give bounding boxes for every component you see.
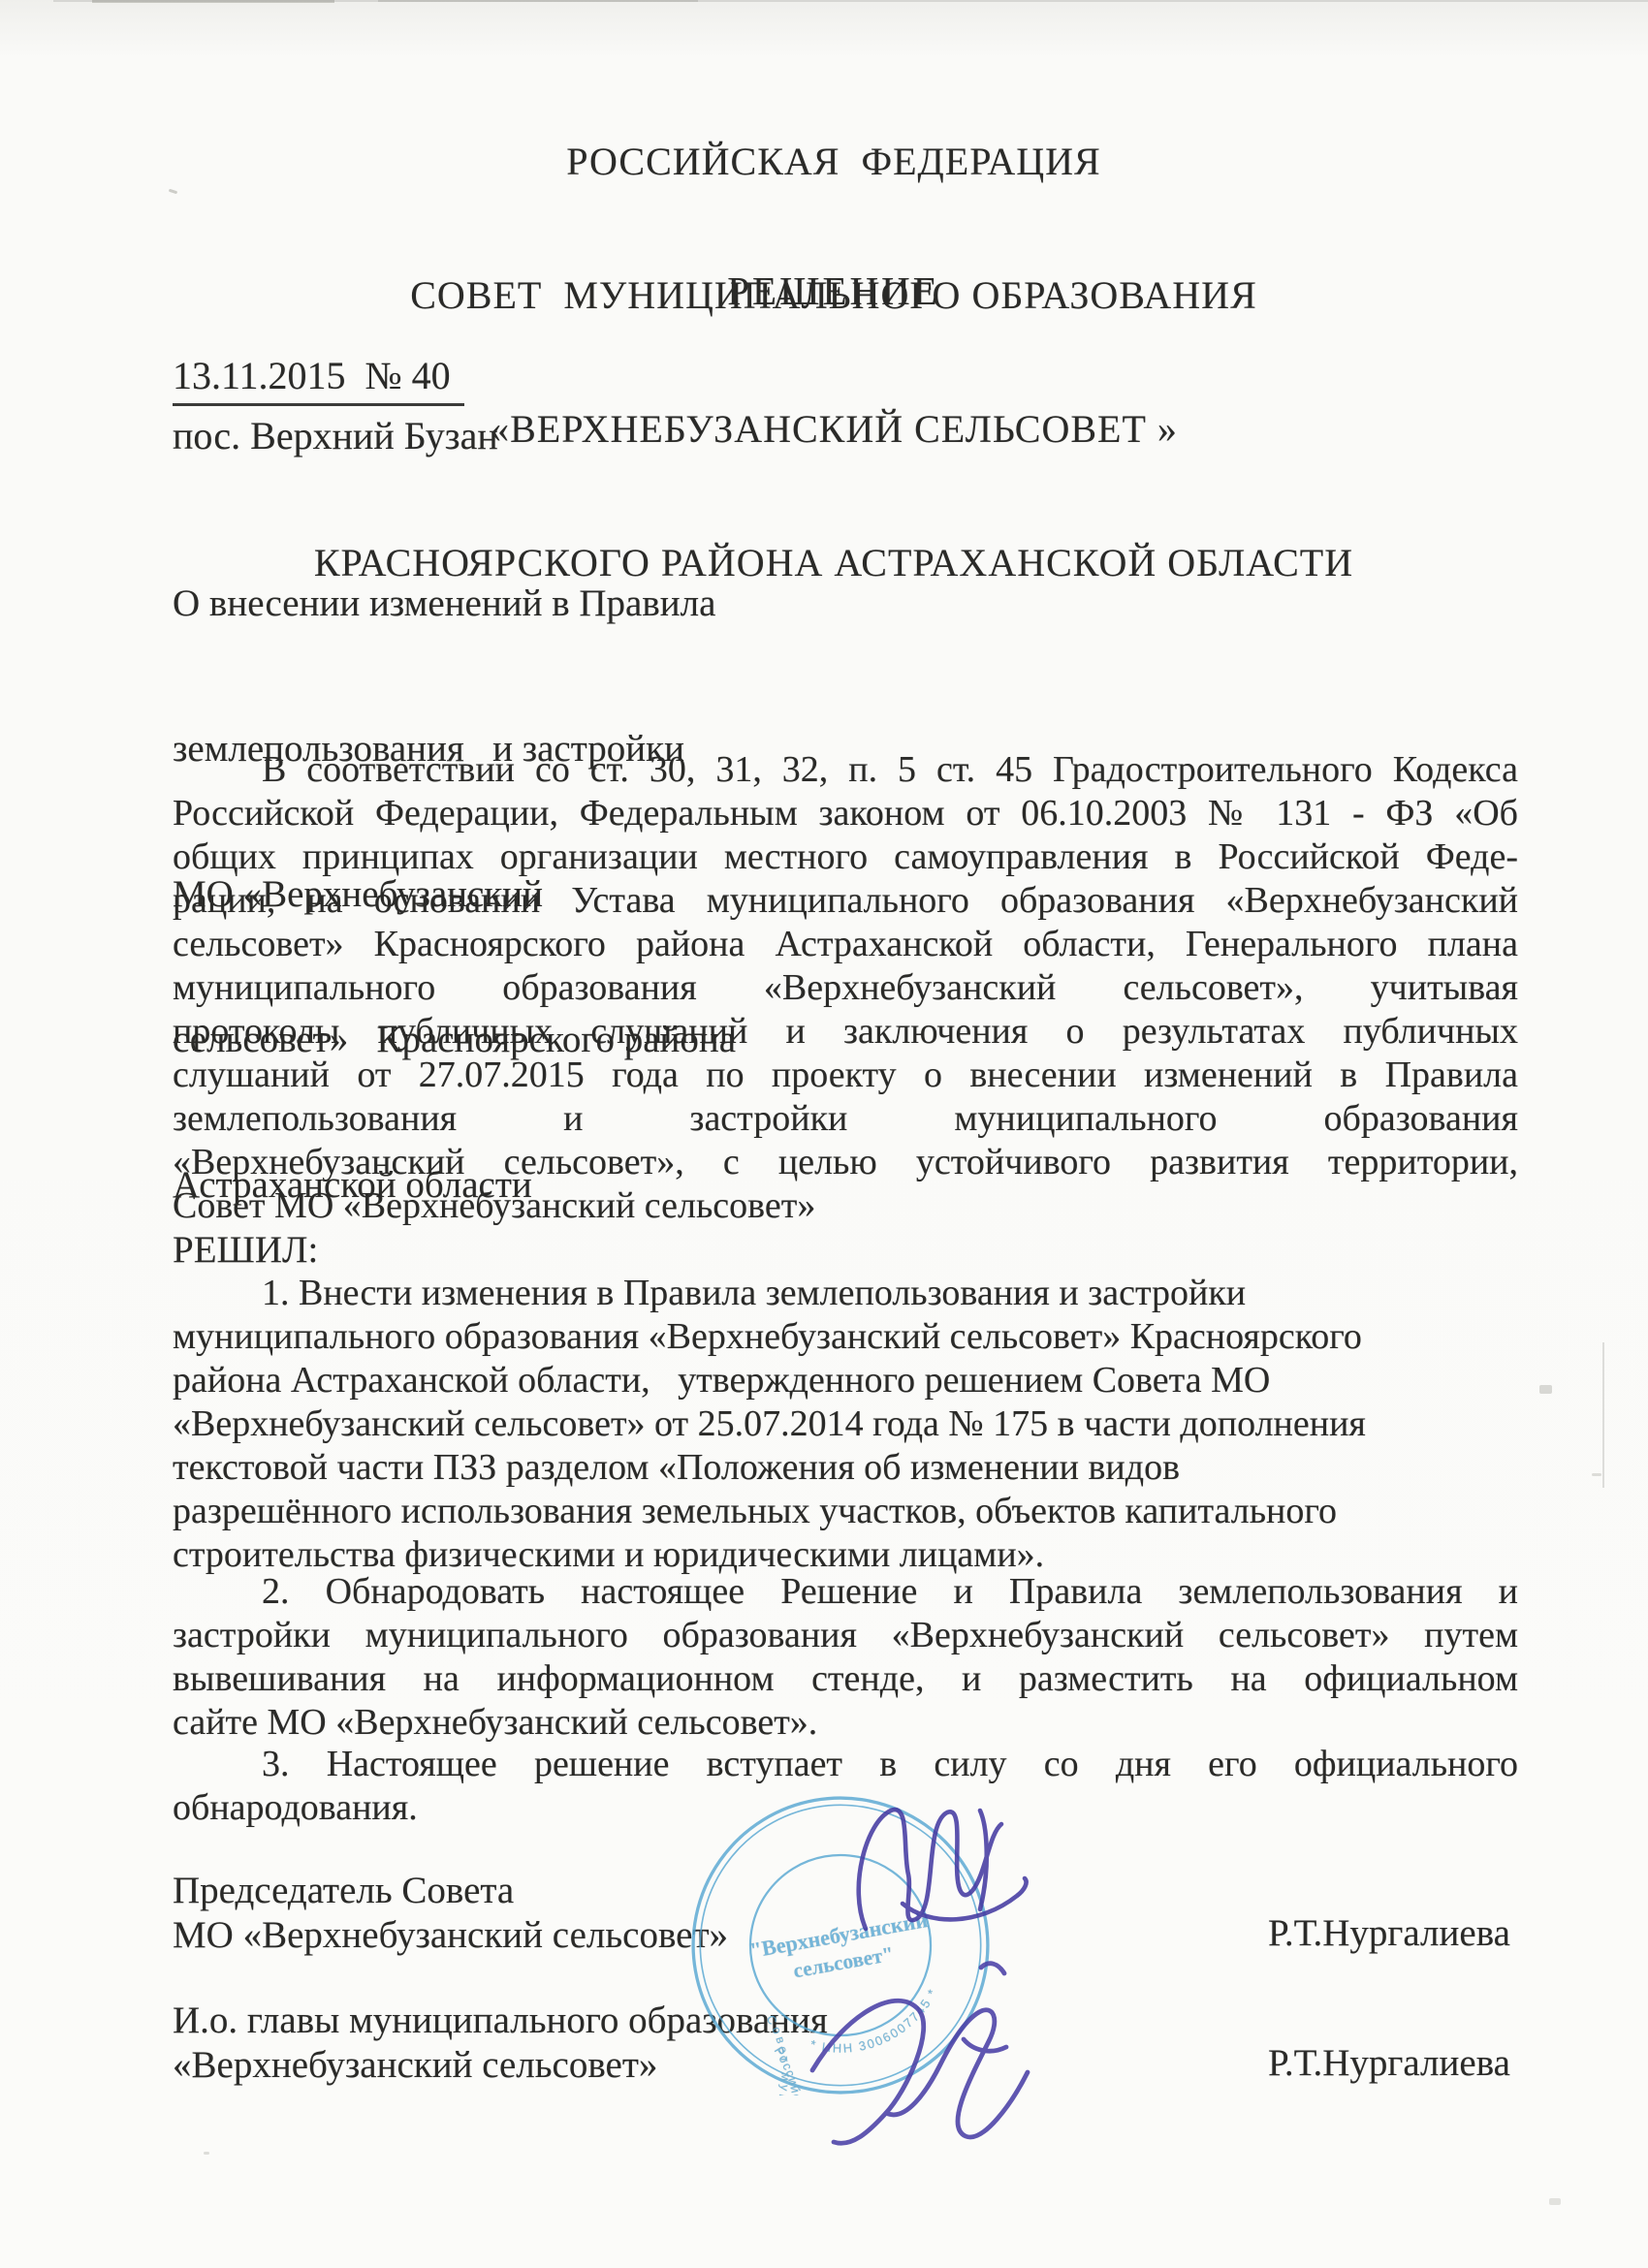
paragraph-line: муниципального образования «Верхнебузанс… (173, 966, 1518, 1010)
subject-line: О внесении изменений в Правила (173, 580, 736, 628)
paragraph-line: рации, на основании Устава муниципальног… (173, 879, 1518, 923)
paragraph-line: муниципального образования «Верхнебузанс… (173, 1315, 1518, 1359)
paragraph-line: общих принципах организации местного сам… (173, 835, 1518, 879)
paragraph-line: сельсовет» Красноярского района Астрахан… (173, 923, 1518, 966)
scan-edge-line-mid (378, 0, 698, 2)
intro-paragraph: В соответствии со ст. 30, 31, 32, п. 5 с… (173, 748, 1518, 1228)
paragraph-line: слушаний от 27.07.2015 года по проекту о… (173, 1054, 1518, 1097)
paragraph-line: протоколы публичных слушаний и заключени… (173, 1010, 1518, 1054)
scan-speck (1592, 1473, 1601, 1476)
paragraph-line: 3. Настоящее решение вступает в силу со … (173, 1743, 1518, 1786)
resolution-item-2: 2. Обнародовать настоящее Решение и Прав… (173, 1570, 1518, 1745)
paragraph-line: Российской Федерации, Федеральным законо… (173, 792, 1518, 835)
date-and-number: 13.11.2015 № 40 (173, 353, 464, 406)
paragraph-line: 1. Внести изменения в Правила землепольз… (173, 1272, 1518, 1315)
scan-speck (204, 2152, 209, 2155)
resolved-heading: РЕШИЛ: (173, 1228, 318, 1272)
paragraph-line: В соответствии со ст. 30, 31, 32, п. 5 с… (173, 748, 1518, 792)
paragraph-line: землепользования и застройки муниципальн… (173, 1097, 1518, 1141)
paragraph-line: разрешённого использования земельных уча… (173, 1490, 1518, 1533)
signatory-1-title-line: Председатель Совета (173, 1869, 728, 1913)
signatory-1-title-line: МО «Верхнебузанский сельсовет» (173, 1913, 728, 1958)
scanned-document-page: РОССИЙСКАЯ ФЕДЕРАЦИЯ СОВЕТ МУНИЦИПАЛЬНОГ… (0, 0, 1648, 2268)
scan-speck (1549, 2198, 1561, 2205)
paragraph-line: застройки муниципального образования «Ве… (173, 1614, 1518, 1657)
paragraph-line: текстовой части ПЗЗ разделом «Положения … (173, 1446, 1518, 1490)
paragraph-line: района Астраханской области, утвержденно… (173, 1359, 1518, 1402)
paragraph-line: «Верхнебузанский сельсовет» от 25.07.201… (173, 1402, 1518, 1446)
scan-edge-line-dark (92, 0, 334, 3)
signatory-2-name: Р.Т.Нургалиева (1268, 2041, 1510, 2085)
letterhead-line-country: РОССИЙСКАЯ ФЕДЕРАЦИЯ (155, 140, 1512, 184)
handwritten-signature-2 (774, 1946, 1069, 2155)
paragraph-line: вывешивания на информационном стенде, и … (173, 1657, 1518, 1701)
document-type-title: РЕШЕНИЕ (155, 268, 1512, 314)
signatory-1-title: Председатель Совета МО «Верхнебузанский … (173, 1869, 728, 1958)
signatory-1-name: Р.Т.Нургалиева (1268, 1911, 1510, 1955)
handwritten-signature-1 (809, 1781, 1037, 1961)
paragraph-line: «Верхнебузанский сельсовет», с целью уст… (173, 1141, 1518, 1184)
place-name: пос. Верхний Бузан (173, 413, 498, 458)
scan-speck (1539, 1385, 1552, 1394)
paragraph-line: сайте МО «Верхнебузанский сельсовет». (173, 1701, 1518, 1745)
resolution-item-1: 1. Внести изменения в Правила землепольз… (173, 1272, 1518, 1577)
paper-fold-mark (1602, 1342, 1604, 1488)
paragraph-line: 2. Обнародовать настоящее Решение и Прав… (173, 1570, 1518, 1614)
paragraph-line: Совет МО «Верхнебузанский сельсовет» (173, 1184, 1518, 1228)
date-number-row: 13.11.2015 № 40 (173, 353, 464, 406)
